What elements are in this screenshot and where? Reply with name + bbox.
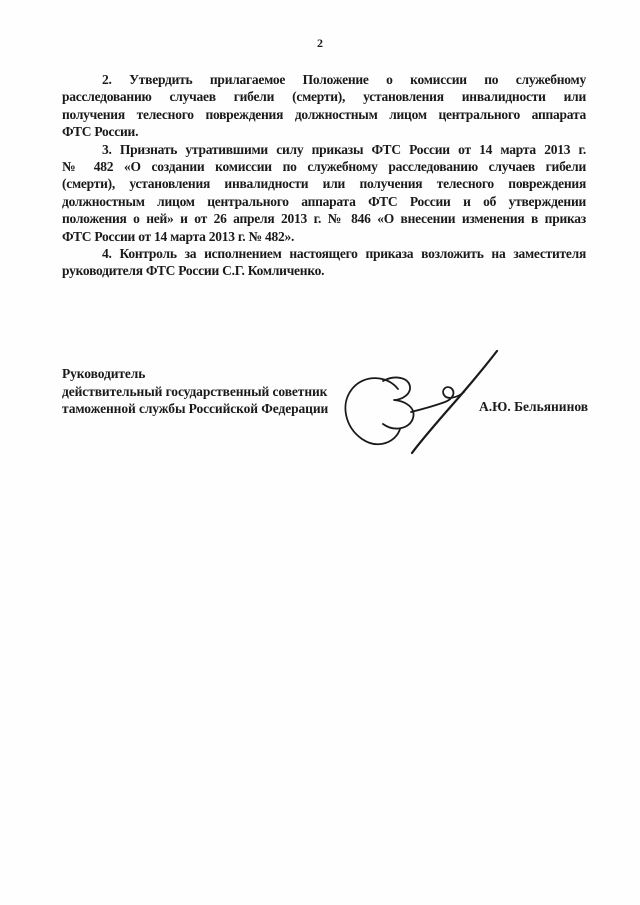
text-line: ФТС России от 14 марта 2013 г. № 482».: [62, 228, 586, 245]
signature-position-line: Руководитель: [62, 365, 328, 383]
text-line: положения о ней» и от 26 апреля 2013 г. …: [62, 210, 586, 227]
text-line: руководителя ФТС России С.Г. Комличенко.: [62, 262, 586, 279]
text-line: (смерти), установления инвалидности или …: [62, 175, 586, 192]
text-line: 2. Утвердить прилагаемое Положение о ком…: [62, 71, 586, 88]
document-page: 2 2. Утвердить прилагаемое Положение о к…: [0, 0, 640, 905]
text-line: должностным лицом центрального аппарата …: [62, 193, 586, 210]
text-line: 4. Контроль за исполнением настоящего пр…: [62, 245, 586, 262]
signature-position-line: действительный государственный советник: [62, 383, 328, 401]
signature-position-line: таможенной службы Российской Федерации: [62, 400, 328, 418]
text-line: ФТС России.: [62, 123, 586, 140]
text-line: расследованию случаев гибели (смерти), у…: [62, 88, 586, 105]
page-number: 2: [0, 36, 640, 51]
text-line: 3. Признать утратившими силу приказы ФТС…: [62, 141, 586, 158]
text-line: № 482 «О создании комиссии по служебному…: [62, 158, 586, 175]
signature-position-lines: Руководительдействительный государственн…: [62, 365, 328, 418]
text-line: получения телесного повреждения должност…: [62, 106, 586, 123]
signer-name: А.Ю. Бельянинов: [479, 399, 588, 415]
body-text: 2. Утвердить прилагаемое Положение о ком…: [62, 71, 586, 280]
